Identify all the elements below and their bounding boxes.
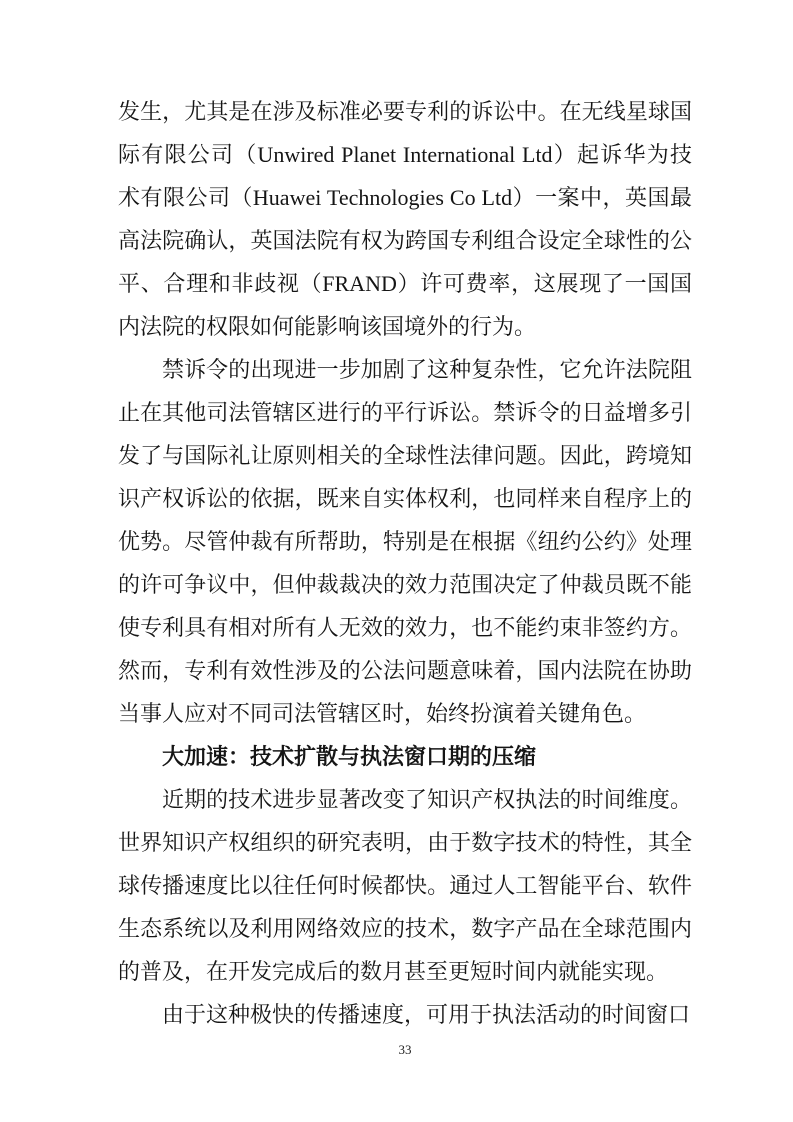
page-number: 33 bbox=[118, 1042, 692, 1058]
paragraph: 禁诉令的出现进一步加剧了这种复杂性，它允许法院阻止在其他司法管辖区进行的平行诉讼… bbox=[118, 348, 692, 735]
paragraph: 发生，尤其是在涉及标准必要专利的诉讼中。在无线星球国际有限公司（Unwired … bbox=[118, 90, 692, 348]
paragraph: 由于这种极快的传播速度，可用于执法活动的时间窗口 bbox=[118, 993, 692, 1036]
paragraph: 近期的技术进步显著改变了知识产权执法的时间维度。世界知识产权组织的研究表明，由于… bbox=[118, 778, 692, 993]
text-block: 发生，尤其是在涉及标准必要专利的诉讼中。在无线星球国际有限公司（Unwired … bbox=[118, 90, 692, 1036]
document-page: 发生，尤其是在涉及标准必要专利的诉讼中。在无线星球国际有限公司（Unwired … bbox=[0, 0, 793, 1122]
section-heading: 大加速：技术扩散与执法窗口期的压缩 bbox=[118, 735, 692, 778]
